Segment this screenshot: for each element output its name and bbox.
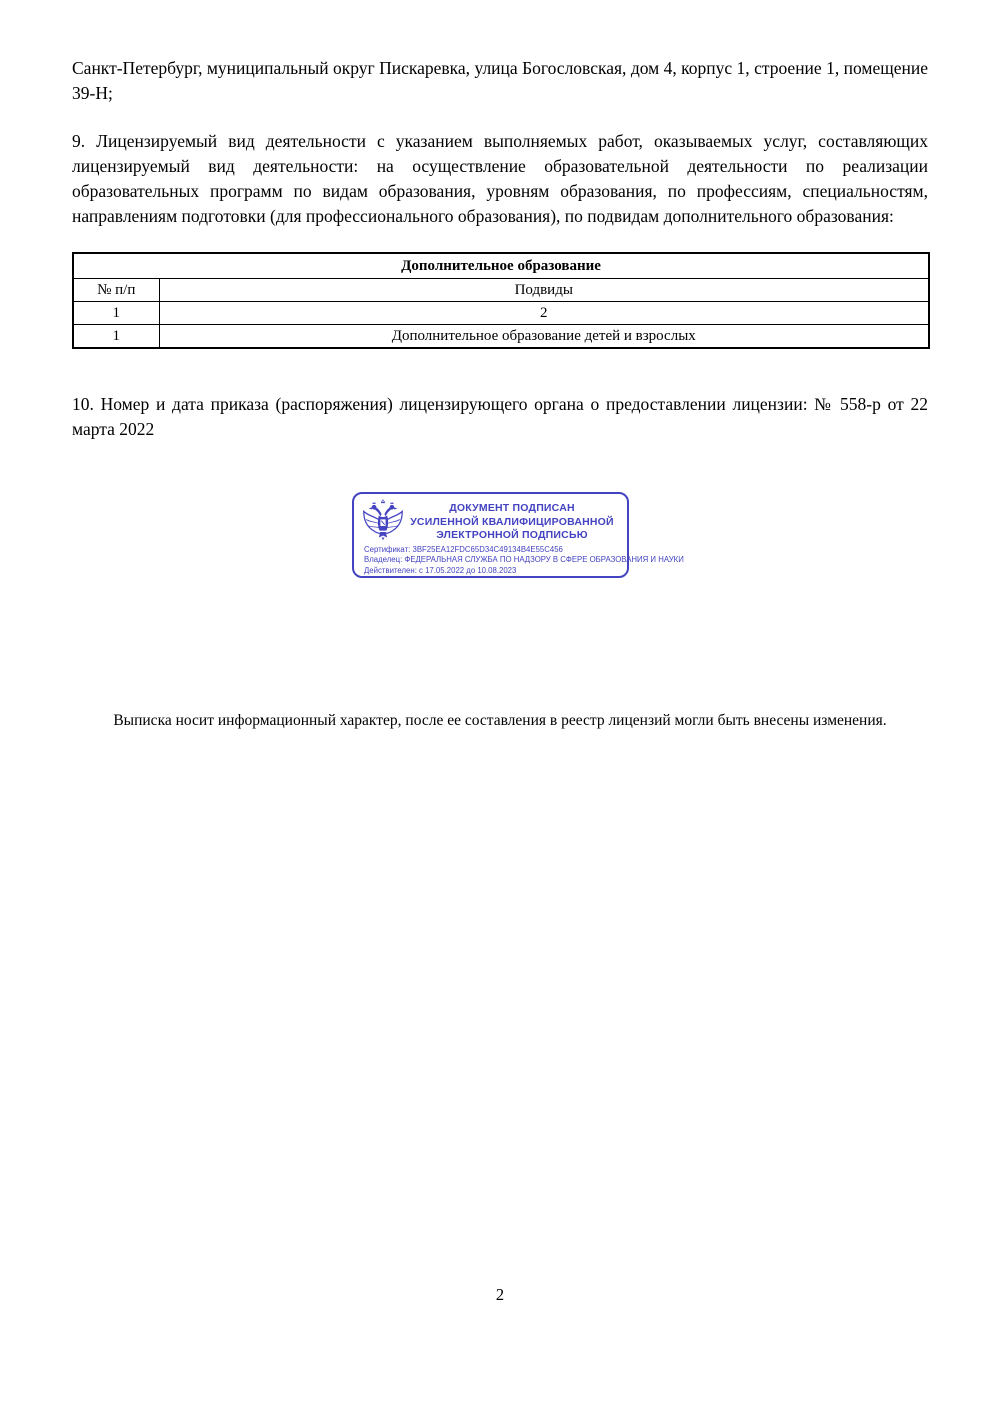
table-column-number-row: 1 2	[73, 301, 929, 324]
table-header-podvidy: Подвиды	[159, 278, 929, 301]
footer-disclaimer: Выписка носит информационный характер, п…	[0, 712, 1000, 730]
table-header-num: № п/п	[73, 278, 159, 301]
stamp-title-line-3: ЭЛЕКТРОННОЙ ПОДПИСЬЮ	[405, 529, 619, 543]
table-colnum-2: 2	[159, 301, 929, 324]
electronic-signature-stamp: ДОКУМЕНТ ПОДПИСАН УСИЛЕННОЙ КВАЛИФИЦИРОВ…	[352, 492, 629, 578]
table-header-row: № п/п Подвиды	[73, 278, 929, 301]
table-row: 1 Дополнительное образование детей и взр…	[73, 324, 929, 348]
paragraph-10-order-number: 10. Номер и дата приказа (распоряжения) …	[72, 392, 928, 442]
address-paragraph: Санкт-Петербург, муниципальный округ Пис…	[72, 56, 928, 106]
page-number: 2	[0, 1285, 1000, 1305]
document-page: Санкт-Петербург, муниципальный округ Пис…	[0, 0, 1000, 1415]
stamp-certificate-line: Сертификат: 3BF25EA12FDC65D34C49134B4E55…	[364, 545, 617, 555]
stamp-owner-line: Владелец: ФЕДЕРАЛЬНАЯ СЛУЖБА ПО НАДЗОРУ …	[364, 555, 617, 565]
table-row-num: 1	[73, 324, 159, 348]
table-row-podvid: Дополнительное образование детей и взрос…	[159, 324, 929, 348]
table-title-row: Дополнительное образование	[73, 253, 929, 278]
russian-coat-of-arms-icon	[361, 499, 405, 543]
table-title: Дополнительное образование	[73, 253, 929, 278]
stamp-validity-line: Действителен: с 17.05.2022 до 10.08.2023	[364, 566, 617, 576]
stamp-title-line-1: ДОКУМЕНТ ПОДПИСАН	[405, 502, 619, 516]
paragraph-9-licensed-activity: 9. Лицензируемый вид деятельности с указ…	[72, 129, 928, 229]
additional-education-table: Дополнительное образование № п/п Подвиды…	[72, 252, 930, 349]
stamp-title-line-2: УСИЛЕННОЙ КВАЛИФИЦИРОВАННОЙ	[405, 516, 619, 530]
table-colnum-1: 1	[73, 301, 159, 324]
